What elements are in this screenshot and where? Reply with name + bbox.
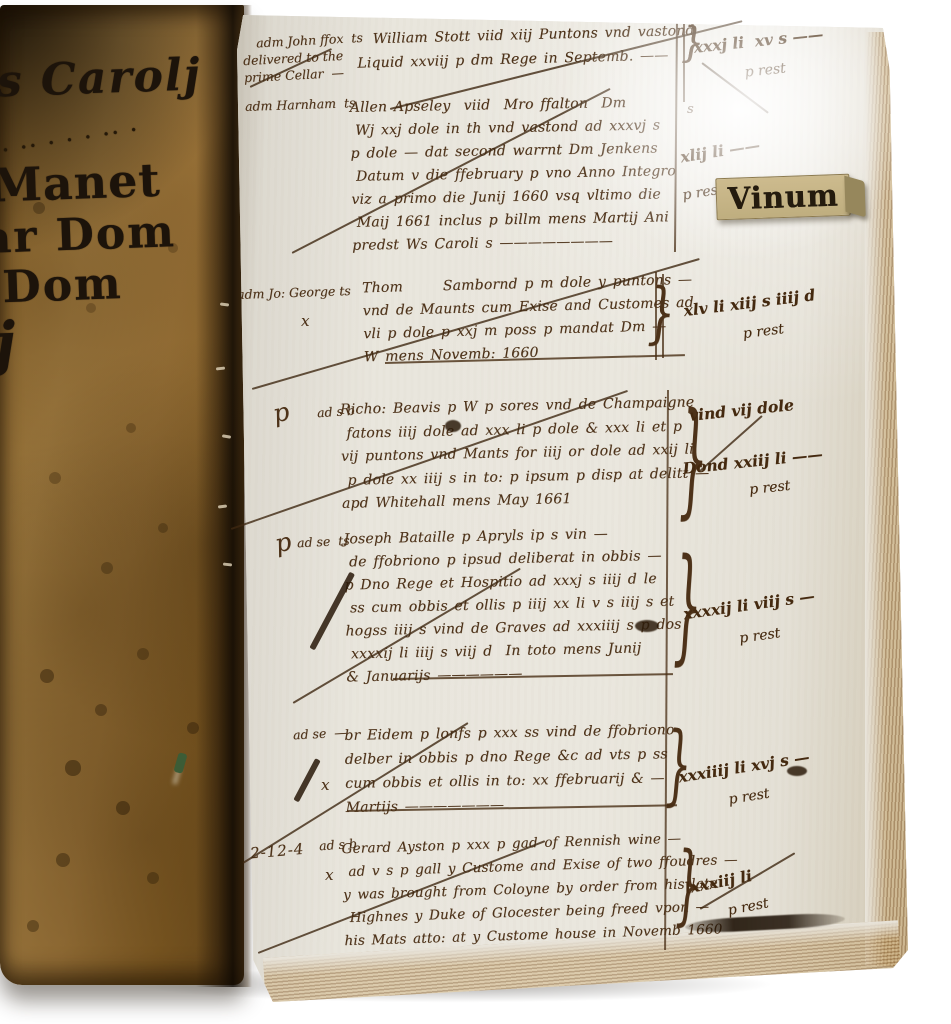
ink-blot [445,420,461,432]
cover-flourish: j [0,307,212,373]
cover-title: 's Carolj · ·· · · · ·· · Manet ar Dom D… [0,53,212,372]
cover-dots: · ·· · · · ·· · [1,111,204,160]
cover-line: Manet [0,155,206,208]
tab-fold [844,176,865,218]
stitch [216,367,225,371]
stitch [222,434,231,439]
cover-line: Dom [2,259,210,310]
stitch [223,563,232,567]
ink-blot [787,766,807,776]
paper-grain [235,10,912,1010]
ink-blot [635,620,659,632]
vinum-index-tab: Vinum [715,174,850,221]
cover-stains [0,5,6,11]
tie-remnant [173,752,187,774]
column-rule [655,272,657,360]
stitch [220,302,229,306]
page-fore-edge [865,32,911,966]
column-rule [662,274,664,358]
manuscript-page: adm John ffox tsdelivered to theprime Ce… [235,10,912,1010]
stitch [218,504,227,508]
cover-line: 's Carolj [0,53,202,105]
cover-line: ar Dom [0,209,208,261]
vinum-tab-label: Vinum [727,177,839,217]
manuscript-photo: 's Carolj · ·· · · · ·· · Manet ar Dom D… [0,0,951,1024]
